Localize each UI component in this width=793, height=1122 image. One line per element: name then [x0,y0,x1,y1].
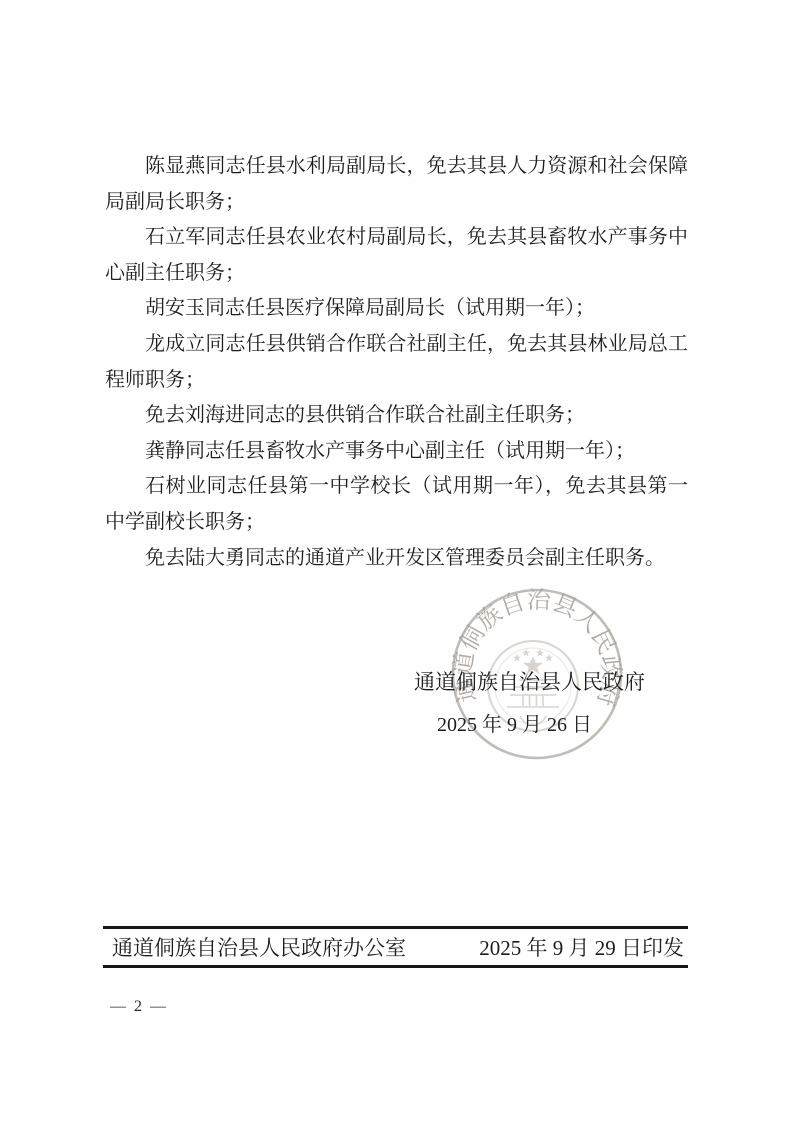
page-number: — 2 — [110,998,168,1016]
paragraph: 石树业同志任县第一中学校长（试用期一年），免去其县第一中学副校长职务； [105,469,688,540]
paragraph: 免去刘海进同志的县供销合作联合社副主任职务； [105,398,688,434]
signature-date: 2025 年 9 月 26 日 [437,708,592,737]
paragraph: 石立军同志任县农业农村局副局长，免去其县畜牧水产事务中心副主任职务； [105,220,688,291]
document-page: 通道侗族自治县人民政府 [0,0,793,1122]
paragraph: 胡安玉同志任县医疗保障局副局长（试用期一年）； [105,291,688,327]
footer-issuer: 通道侗族自治县人民政府办公室 [103,932,406,962]
footer-print-date: 2025 年 9 月 29 日印发 [479,932,688,962]
paragraph: 龙成立同志任县供销合作联合社副主任，免去其县林业局总工程师职务； [105,327,688,398]
paragraph: 免去陆大勇同志的通道产业开发区管理委员会副主任职务。 [105,541,688,577]
paragraph: 龚静同志任县畜牧水产事务中心副主任（试用期一年）； [105,434,688,470]
paragraph: 陈显燕同志任县水利局副局长，免去其县人力资源和社会保障局副局长职务； [105,149,688,220]
document-body: 陈显燕同志任县水利局副局长，免去其县人力资源和社会保障局副局长职务； 石立军同志… [105,149,688,576]
footer-issuance-bar: 通道侗族自治县人民政府办公室 2025 年 9 月 29 日印发 [103,926,688,968]
signature-organization: 通道侗族自治县人民政府 [414,666,645,696]
